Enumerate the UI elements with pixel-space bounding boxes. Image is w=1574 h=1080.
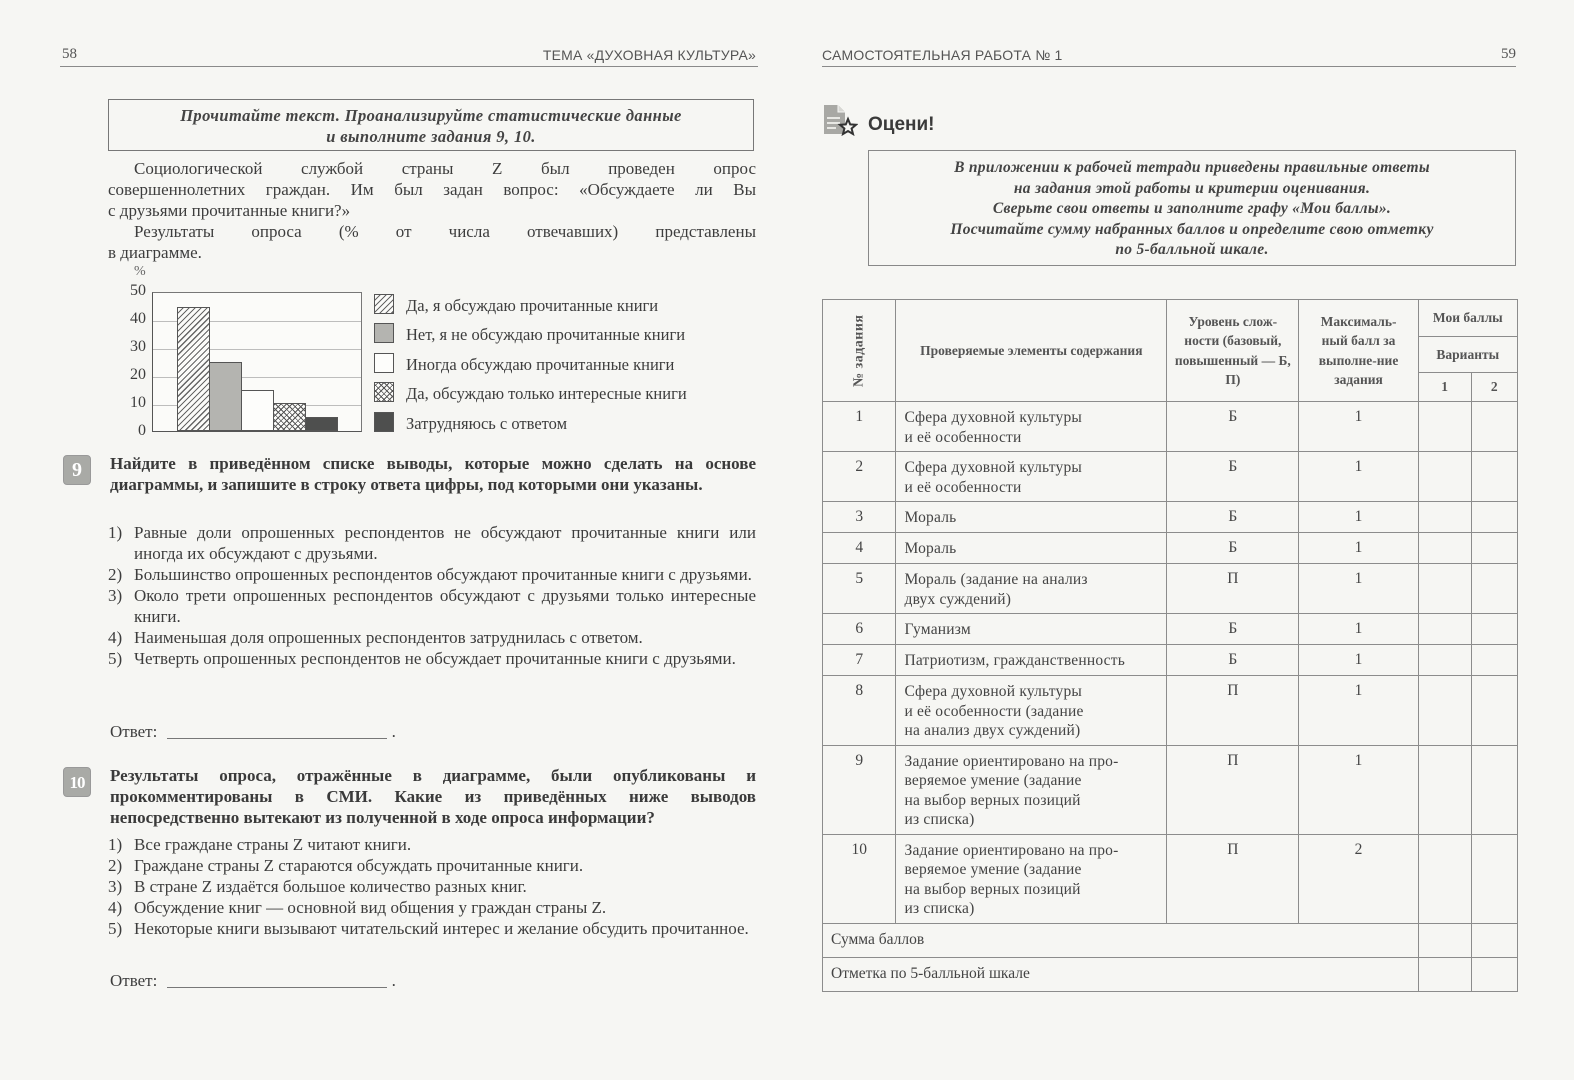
table-footer-row: Отметка по 5-балльной шкале <box>823 957 1518 991</box>
level-cell: Б <box>1167 402 1299 452</box>
option-number: 5) <box>108 648 122 669</box>
my-score-variant-2-cell[interactable] <box>1471 452 1517 502</box>
option-item: 1)Все граждане страны Z читают книги. <box>108 834 756 855</box>
table-row: 4МоральБ1 <box>823 533 1518 564</box>
max-score-cell: 1 <box>1299 645 1418 676</box>
footer-label: Сумма баллов <box>823 923 1419 957</box>
task-number-cell: 3 <box>823 502 896 533</box>
legend-label: Нет, я не обсуждаю прочитанные книги <box>406 325 685 345</box>
task-number-cell: 1 <box>823 402 896 452</box>
legend-swatch <box>374 294 394 314</box>
option-number: 3) <box>108 876 122 897</box>
topic-cell: Сфера духовной культурыи её особенности <box>896 402 1167 452</box>
task-number-badge: 10 <box>63 767 91 797</box>
task-number-cell: 5 <box>823 564 896 614</box>
level-cell: П <box>1167 834 1299 923</box>
option-text: Все граждане страны Z читают книги. <box>134 835 411 854</box>
bar <box>209 362 242 431</box>
option-item: 1)Равные доли опрошенных респондентов не… <box>108 522 756 564</box>
header-variant-2: 2 <box>1471 373 1517 402</box>
table-row: 3МоральБ1 <box>823 502 1518 533</box>
option-item: 3)Около трети опрошенных респондентов об… <box>108 585 756 627</box>
task-number-badge: 9 <box>63 455 91 485</box>
y-tick-label: 20 <box>110 366 146 384</box>
my-score-variant-1-cell[interactable] <box>1418 645 1471 676</box>
legend-swatch <box>374 382 394 402</box>
option-text: Четверть опрошенных респондентов не обсу… <box>134 649 736 668</box>
option-number: 4) <box>108 897 122 918</box>
table-row: 6ГуманизмБ1 <box>823 614 1518 645</box>
y-tick-label: 30 <box>110 338 146 356</box>
legend-label: Да, обсуждаю только интересные книги <box>406 384 687 404</box>
task-number-cell: 2 <box>823 452 896 502</box>
legend-swatch <box>374 323 394 343</box>
option-item: 3)В стране Z издаётся большое количество… <box>108 876 756 897</box>
my-score-variant-1-cell[interactable] <box>1418 676 1471 746</box>
max-score-cell: 1 <box>1299 502 1418 533</box>
topic-cell: Сфера духовной культурыи её особенности <box>896 452 1167 502</box>
answer-input-line[interactable] <box>167 724 387 739</box>
my-score-variant-2-cell[interactable] <box>1471 645 1517 676</box>
max-score-cell: 1 <box>1299 564 1418 614</box>
level-cell: П <box>1167 564 1299 614</box>
my-score-variant-2-cell[interactable] <box>1471 502 1517 533</box>
level-cell: П <box>1167 676 1299 746</box>
task-number-cell: 8 <box>823 676 896 746</box>
level-cell: Б <box>1167 502 1299 533</box>
max-score-cell: 1 <box>1299 402 1418 452</box>
my-score-variant-1-cell[interactable] <box>1418 402 1471 452</box>
option-text: Около трети опрошенных респондентов обсу… <box>134 586 756 626</box>
legend-swatch <box>374 353 394 373</box>
topic-cell: Задание ориентировано на про-веряемое ум… <box>896 834 1167 923</box>
header-variant-1: 1 <box>1418 373 1471 402</box>
legend-label: Да, я обсуждаю прочитанные книги <box>406 296 658 316</box>
level-cell: П <box>1167 745 1299 834</box>
running-header: 58 ТЕМА «ДУХОВНАЯ КУЛЬТУРА» <box>60 42 758 67</box>
running-header: САМОСТОЯТЕЛЬНАЯ РАБОТА № 1 59 <box>822 42 1516 67</box>
topic-cell: Патриотизм, гражданственность <box>896 645 1167 676</box>
option-text: Большинство опрошенных респондентов обсу… <box>134 565 752 584</box>
option-text: В стране Z издаётся большое количество р… <box>134 877 527 896</box>
instruction-note: В приложении к рабочей тетради приведены… <box>868 150 1516 266</box>
level-cell: Б <box>1167 614 1299 645</box>
results-paragraph: Результаты опроса (% от числа отвечавших… <box>108 221 756 263</box>
my-score-variant-1-cell[interactable] <box>1418 452 1471 502</box>
intro-paragraph: Социологической службой страны Z был про… <box>108 158 756 221</box>
y-tick-label: 0 <box>110 422 146 440</box>
option-text: Граждане страны Z стараются обсуждать пр… <box>134 856 583 875</box>
task9-answer: Ответ: . <box>110 722 396 742</box>
legend-swatch <box>374 412 394 432</box>
table-row: 2Сфера духовной культурыи её особенности… <box>823 452 1518 502</box>
table-row: 10Задание ориентировано на про-веряемое … <box>823 834 1518 923</box>
my-score-variant-2-cell[interactable] <box>1471 564 1517 614</box>
topic-cell: Мораль <box>896 502 1167 533</box>
instruction-line: Прочитайте текст. Проанализируйте статис… <box>109 105 753 126</box>
topic-cell: Гуманизм <box>896 614 1167 645</box>
table-row: 8Сфера духовной культурыи её особенности… <box>823 676 1518 746</box>
table-row: 1Сфера духовной культурыи её особенности… <box>823 402 1518 452</box>
task-number-cell: 6 <box>823 614 896 645</box>
option-number: 1) <box>108 522 122 543</box>
option-text: Некоторые книги вызывают читательский ин… <box>134 919 749 938</box>
task10-answer: Ответ: . <box>110 971 396 991</box>
my-score-variant-2-cell[interactable] <box>1471 533 1517 564</box>
my-score-variant-1-cell[interactable] <box>1418 502 1471 533</box>
option-number: 3) <box>108 585 122 606</box>
task10-question: Результаты опроса, отражённые в диаграмм… <box>110 765 756 828</box>
left-page: 58 ТЕМА «ДУХОВНАЯ КУЛЬТУРА» Прочитайте т… <box>0 0 787 1080</box>
plot-area <box>152 292 362 432</box>
header-my-scores: Мои баллы <box>1418 300 1517 337</box>
table-row: 7Патриотизм, гражданственностьБ1 <box>823 645 1518 676</box>
option-number: 2) <box>108 855 122 876</box>
level-cell: Б <box>1167 645 1299 676</box>
answer-label: Ответ: <box>110 722 157 741</box>
page-number: 58 <box>62 46 77 63</box>
y-tick-label: 10 <box>110 394 146 412</box>
my-score-variant-1-cell[interactable] <box>1418 923 1471 957</box>
header-task-number: № задания <box>823 300 896 402</box>
task9-options: 1)Равные доли опрошенных респондентов не… <box>108 522 756 669</box>
running-title: САМОСТОЯТЕЛЬНАЯ РАБОТА № 1 <box>822 47 1063 63</box>
option-item: 2)Граждане страны Z стараются обсуждать … <box>108 855 756 876</box>
my-score-variant-2-cell[interactable] <box>1471 834 1517 923</box>
footer-label: Отметка по 5-балльной шкале <box>823 957 1419 991</box>
bar <box>305 417 338 431</box>
my-score-variant-2-cell[interactable] <box>1471 676 1517 746</box>
document-star-icon <box>822 104 858 136</box>
max-score-cell: 1 <box>1299 614 1418 645</box>
topic-cell: Сфера духовной культурыи её особенности … <box>896 676 1167 746</box>
right-page: САМОСТОЯТЕЛЬНАЯ РАБОТА № 1 59 Оцени! В п… <box>787 0 1574 1080</box>
bar <box>177 307 210 431</box>
my-score-variant-1-cell[interactable] <box>1418 957 1471 991</box>
bar <box>241 390 274 431</box>
max-score-cell: 1 <box>1299 452 1418 502</box>
level-cell: Б <box>1167 533 1299 564</box>
topic-cell: Мораль (задание на анализдвух суждений) <box>896 564 1167 614</box>
running-title: ТЕМА «ДУХОВНАЯ КУЛЬТУРА» <box>543 47 756 63</box>
option-item: 5)Четверть опрошенных респондентов не об… <box>108 648 756 669</box>
header-variants: Варианты <box>1418 337 1517 373</box>
bar <box>273 403 306 431</box>
max-score-cell: 1 <box>1299 533 1418 564</box>
my-score-variant-2-cell[interactable] <box>1471 614 1517 645</box>
table-row: 5Мораль (задание на анализдвух суждений)… <box>823 564 1518 614</box>
task10-options: 1)Все граждане страны Z читают книги.2)Г… <box>108 834 756 939</box>
instruction-line: и выполните задания 9, 10. <box>109 126 753 147</box>
max-score-cell: 1 <box>1299 745 1418 834</box>
section-title: Оцени! <box>868 114 935 136</box>
task-number-cell: 10 <box>823 834 896 923</box>
option-number: 5) <box>108 918 122 939</box>
option-number: 4) <box>108 627 122 648</box>
score-table: № задания Проверяемые элементы содержани… <box>822 299 1518 992</box>
option-item: 2)Большинство опрошенных респондентов об… <box>108 564 756 585</box>
topic-cell: Мораль <box>896 533 1167 564</box>
my-score-variant-1-cell[interactable] <box>1418 834 1471 923</box>
header-max-score: Максималь-ный балл за выполне-ние задани… <box>1299 300 1418 402</box>
option-item: 4)Обсуждение книг — основной вид общения… <box>108 897 756 918</box>
max-score-cell: 1 <box>1299 676 1418 746</box>
header-topic: Проверяемые элементы содержания <box>896 300 1167 402</box>
option-text: Наименьшая доля опрошенных респондентов … <box>134 628 643 647</box>
page-number: 59 <box>1501 46 1516 63</box>
header-level: Уровень слож-ности (базовый, повышенный … <box>1167 300 1299 402</box>
my-score-variant-2-cell[interactable] <box>1471 923 1517 957</box>
survey-bar-chart: % 01020304050 Да, я обсуждаю прочитанные… <box>110 262 770 442</box>
my-score-variant-2-cell[interactable] <box>1471 745 1517 834</box>
instruction-box: Прочитайте текст. Проанализируйте статис… <box>108 99 754 151</box>
y-axis-unit: % <box>134 264 146 280</box>
legend-label: Затрудняюсь с ответом <box>406 414 567 434</box>
max-score-cell: 2 <box>1299 834 1418 923</box>
my-score-variant-2-cell[interactable] <box>1471 402 1517 452</box>
table-footer-row: Сумма баллов <box>823 923 1518 957</box>
y-tick-label: 50 <box>110 282 146 300</box>
option-number: 1) <box>108 834 122 855</box>
task-number-cell: 4 <box>823 533 896 564</box>
option-number: 2) <box>108 564 122 585</box>
my-score-variant-1-cell[interactable] <box>1418 745 1471 834</box>
level-cell: Б <box>1167 452 1299 502</box>
legend-label: Иногда обсуждаю прочитанные книги <box>406 355 674 375</box>
my-score-variant-2-cell[interactable] <box>1471 957 1517 991</box>
my-score-variant-1-cell[interactable] <box>1418 614 1471 645</box>
task-number-cell: 7 <box>823 645 896 676</box>
option-text: Обсуждение книг — основной вид общения у… <box>134 898 606 917</box>
task-number-cell: 9 <box>823 745 896 834</box>
answer-label: Ответ: <box>110 971 157 990</box>
answer-input-line[interactable] <box>167 973 387 988</box>
table-row: 9Задание ориентировано на про-веряемое у… <box>823 745 1518 834</box>
task9-question: Найдите в приведённом списке выводы, кот… <box>110 453 756 495</box>
option-text: Равные доли опрошенных респондентов не о… <box>134 523 756 563</box>
my-score-variant-1-cell[interactable] <box>1418 533 1471 564</box>
topic-cell: Задание ориентировано на про-веряемое ум… <box>896 745 1167 834</box>
option-item: 4)Наименьшая доля опрошенных респонденто… <box>108 627 756 648</box>
y-tick-label: 40 <box>110 310 146 328</box>
option-item: 5)Некоторые книги вызывают читательский … <box>108 918 756 939</box>
my-score-variant-1-cell[interactable] <box>1418 564 1471 614</box>
